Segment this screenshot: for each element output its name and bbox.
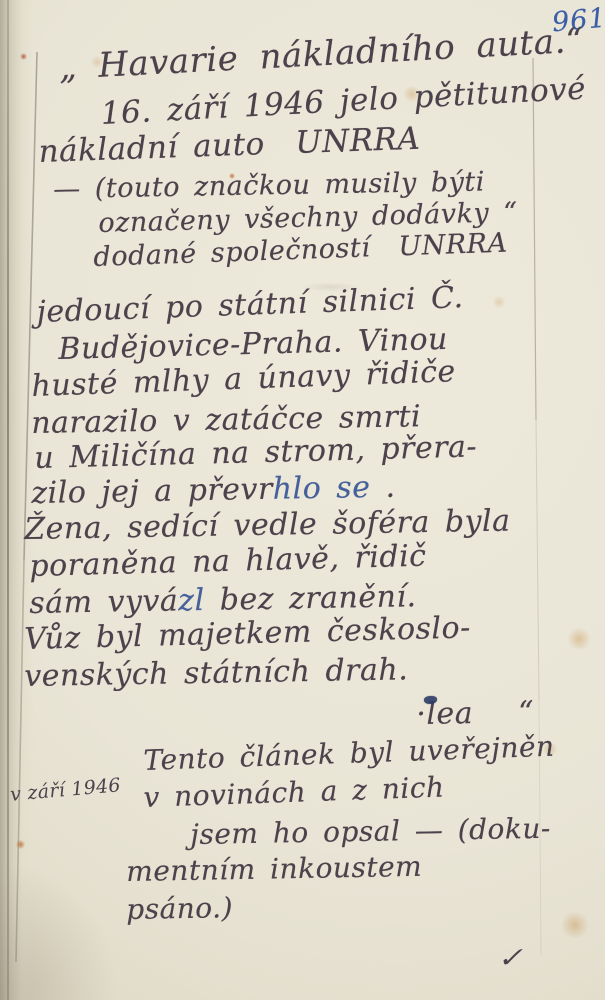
foxing-spot [20, 53, 27, 60]
tick-mark: ✓ [494, 942, 526, 974]
ink-segment: venských státních drah. [24, 652, 409, 694]
handwritten-line-note-5: psáno.) [126, 893, 233, 926]
foxing-spot [16, 840, 25, 849]
handwritten-line-body-17: venských státních drah. [24, 653, 408, 693]
handwritten-line-note-3: jsem ho opsal — (doku- [190, 814, 551, 851]
ink-segment: psáno.) [126, 891, 233, 926]
foxing-spot [560, 912, 590, 938]
ink-segment: . [370, 470, 396, 505]
blue-ink-segment: zl [178, 583, 205, 618]
blue-ink-segment: hlo se [272, 470, 370, 507]
ink-segment: mentním inkoustem [126, 850, 422, 888]
ink-segment: jsem ho opsal — (doku- [190, 812, 551, 851]
handwritten-line-body-12: zilo jej a převrhlo se . [31, 471, 396, 510]
manuscript-page: 961 „ Havarie nákladního auta.“16. září … [0, 0, 605, 1000]
foxing-spot [566, 628, 592, 650]
foxing-spot [492, 296, 506, 308]
ink-segment: sám vyvá [29, 583, 179, 621]
handwritten-line-note-4: mentním inkoustem [126, 852, 422, 888]
handwritten-line-body-13: Žena, sedící vedle šoféra byla [24, 505, 511, 546]
ink-segment: zilo jej a převr [31, 472, 273, 511]
